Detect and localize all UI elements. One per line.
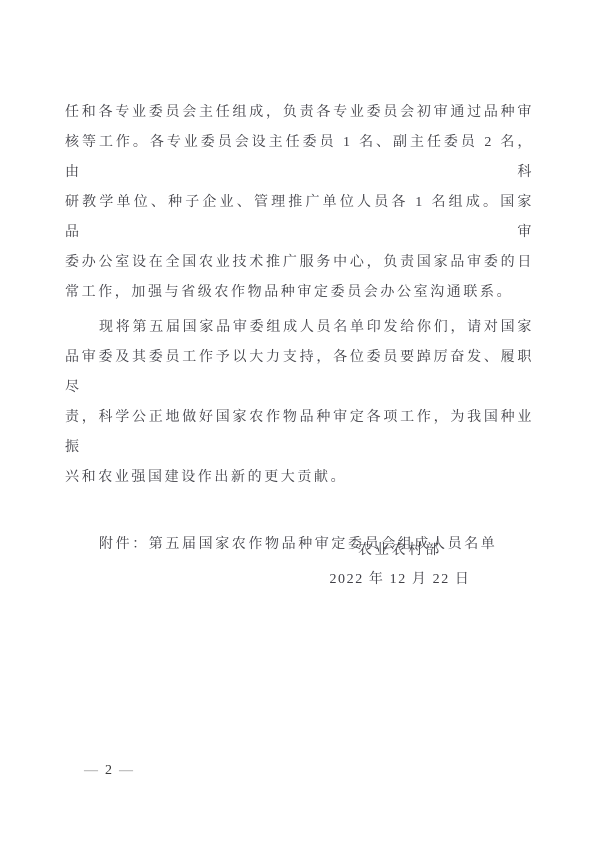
document-body: 任和各专业委员会主任组成，负责各专业委员会初审通过品种审 核等工作。各专业委员会… xyxy=(65,98,534,560)
text-line: 常工作，加强与省级农作物品种审定委员会办公室沟通联系。 xyxy=(65,278,534,308)
paragraph-1: 任和各专业委员会主任组成，负责各专业委员会初审通过品种审 核等工作。各专业委员会… xyxy=(65,98,534,308)
paragraph-2: 现将第五届国家品审委组成人员名单印发给你们，请对国家 品审委及其委员工作予以大力… xyxy=(65,313,534,493)
signature-date: 2022 年 12 月 22 日 xyxy=(300,565,500,595)
page-number-dash-left: — xyxy=(84,763,98,778)
page-number-dash-right: — xyxy=(119,763,133,778)
document-page: 任和各专业委员会主任组成，负责各专业委员会初审通过品种审 核等工作。各专业委员会… xyxy=(0,0,600,848)
text-line: 兴和农业强国建设作出新的更大贡献。 xyxy=(65,463,534,493)
text-line: 品审委及其委员工作予以大力支持，各位委员要踔厉奋发、履职尽 xyxy=(65,343,534,403)
text-line: 任和各专业委员会主任组成，负责各专业委员会初审通过品种审 xyxy=(65,98,534,128)
text-line: 核等工作。各专业委员会设主任委员 1 名、副主任委员 2 名，由科 xyxy=(65,128,534,188)
text-line: 委办公室设在全国农业技术推广服务中心，负责国家品审委的日 xyxy=(65,248,534,278)
text-line: 研教学单位、种子企业、管理推广单位人员各 1 名组成。国家品审 xyxy=(65,188,534,248)
page-number-value: 2 xyxy=(98,763,119,778)
text-line: 现将第五届国家品审委组成人员名单印发给你们，请对国家 xyxy=(65,313,534,343)
text-line: 责，科学公正地做好国家农作物品种审定各项工作，为我国种业振 xyxy=(65,403,534,463)
page-number: —2— xyxy=(84,761,133,781)
signature-issuer: 农业农村部 xyxy=(300,536,500,566)
signature-block: 农业农村部 2022 年 12 月 22 日 xyxy=(300,536,500,595)
